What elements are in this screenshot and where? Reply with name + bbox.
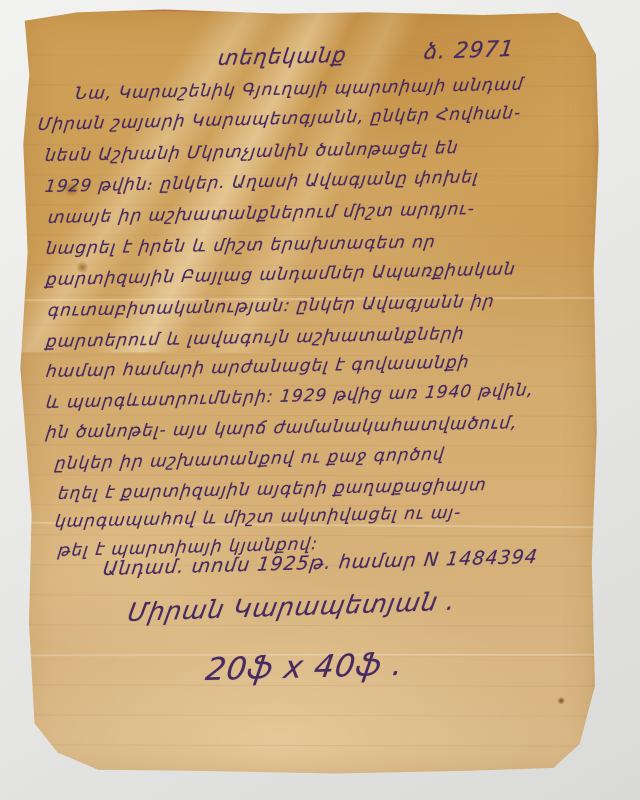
header-number: ձ. 2971 <box>422 37 515 65</box>
header-title: տեղեկանք <box>216 43 348 70</box>
size-note: 20ֆ x 40ֆ . <box>203 647 406 688</box>
paper-top-edge-tint <box>42 9 576 13</box>
photo-backdrop: տեղեկանք ձ. 2971 Նա, Կարաշենիկ Գյուղայի … <box>0 0 640 800</box>
ink-speck <box>557 697 565 705</box>
